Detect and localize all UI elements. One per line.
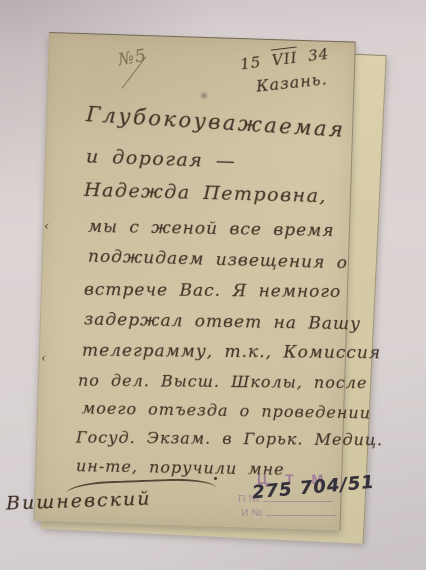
dust-speck: [201, 93, 207, 98]
letter-line: встрече Вас. Я немного: [84, 280, 341, 302]
date-year: 34: [307, 45, 330, 65]
photo-of-letter: №5 15 VII 34 Казань. Глубокоуважаемая и …: [0, 0, 426, 570]
stamp-field-i-line: [266, 506, 336, 516]
letter-line: Госуд. Экзам. в Горьк. Медиц.: [76, 428, 383, 450]
stamp-field-i: И №: [241, 506, 336, 519]
date-day: 15: [239, 53, 262, 73]
margin-check-mark: ‹: [41, 351, 47, 366]
margin-check-mark: ‹: [44, 219, 50, 234]
date-month-roman: VII: [271, 47, 299, 70]
letter-line: мы с женой все время: [88, 217, 335, 241]
stamp-field-i-label: И №: [241, 507, 263, 519]
signature-flourish-dot: [214, 477, 217, 480]
letter-line: телеграмму, т.к., Комиссия: [82, 341, 381, 364]
letter-line: ин-те, поручили мне: [76, 456, 285, 479]
letter-line: по дел. Высш. Школы, после: [78, 371, 368, 393]
